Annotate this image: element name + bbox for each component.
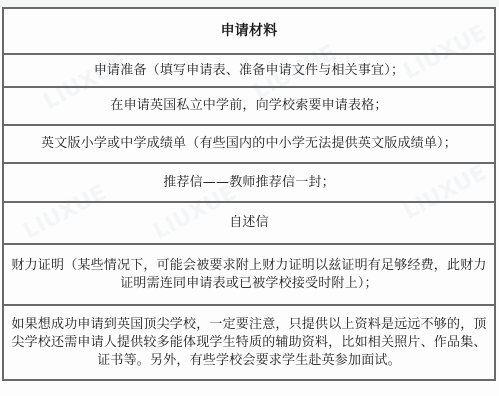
table-cell-recommendation-letter: 推荐信——教师推荐信一封； [3, 163, 495, 202]
application-materials-table: 申请材料 申请准备（填写申请表、准备申请文件与相关事宜）； 在申请英国私立中学前… [2, 7, 496, 381]
table-cell-request-form: 在申请英国私立中学前，向学校索要申请表格； [3, 87, 495, 125]
table-row: 财力证明（某些情况下，可能会被要求附上财力证明以兹证明有足够经费，此财力证明需连… [3, 244, 495, 305]
table-header-row: 申请材料 [3, 8, 495, 54]
table-row: 推荐信——教师推荐信一封； [3, 163, 495, 202]
top-strip [0, 0, 499, 7]
table-cell-application-prep: 申请准备（填写申请表、准备申请文件与相关事宜）； [3, 54, 495, 87]
table-row: 自述信 [3, 202, 495, 244]
table-cell-financial-proof: 财力证明（某些情况下，可能会被要求附上财力证明以兹证明有足够经费，此财力证明需连… [3, 244, 495, 305]
table-header: 申请材料 [3, 8, 495, 54]
table-row: 英文版小学或中学成绩单（有些国内的中小学无法提供英文版成绩单）； [3, 125, 495, 163]
table-cell-transcript: 英文版小学或中学成绩单（有些国内的中小学无法提供英文版成绩单）； [3, 125, 495, 163]
table-cell-additional-notes: 如果想成功申请到英国顶尖学校，一定要注意，只提供以上资料是远远不够的，顶尖学校还… [3, 305, 495, 380]
table-row: 申请准备（填写申请表、准备申请文件与相关事宜）； [3, 54, 495, 87]
table-cell-personal-statement: 自述信 [3, 202, 495, 244]
table-row: 如果想成功申请到英国顶尖学校，一定要注意，只提供以上资料是远远不够的，顶尖学校还… [3, 305, 495, 380]
table-row: 在申请英国私立中学前，向学校索要申请表格； [3, 87, 495, 125]
